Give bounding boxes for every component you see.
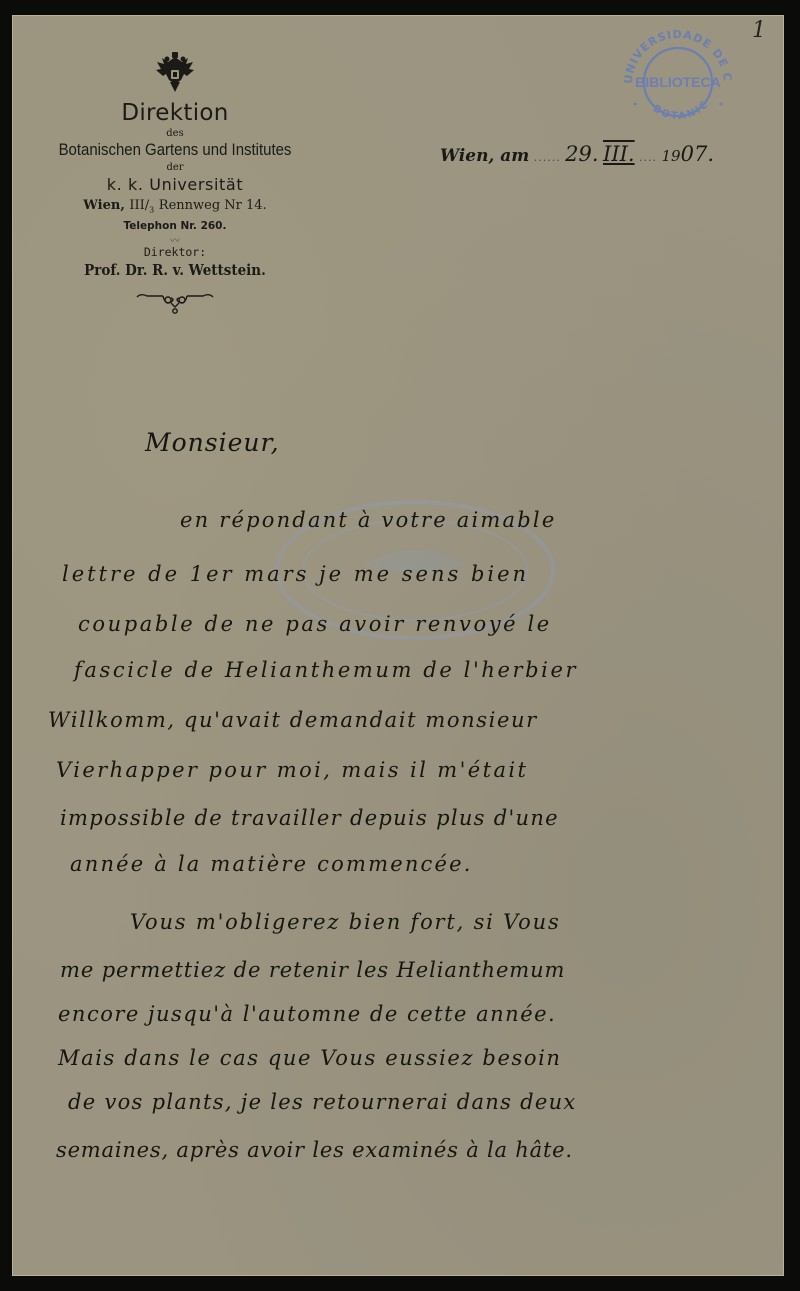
letter-line: me permettiez de retenir les Helianthemu… bbox=[60, 958, 565, 982]
letter-line: en répondant à votre aimable bbox=[180, 508, 556, 532]
salutation: Monsieur, bbox=[145, 428, 280, 457]
letter-line: coupable de ne pas avoir renvoyé le bbox=[78, 612, 552, 636]
letter-line: lettre de 1er mars je me sens bien bbox=[62, 562, 529, 586]
letter-line: impossible de travailler depuis plus d'u… bbox=[60, 806, 559, 830]
letter-line: Willkomm, qu'avait demandait monsieur bbox=[48, 708, 538, 732]
letter-line: semaines, après avoir les examinés à la … bbox=[56, 1138, 573, 1162]
letter-line: encore jusqu'à l'automne de cette année. bbox=[58, 1002, 556, 1026]
letter-body: Monsieur, en répondant à votre aimable l… bbox=[0, 0, 800, 1291]
letter-line: fascicle de Helianthemum de l'herbier bbox=[74, 658, 578, 682]
letter-line: Mais dans le cas que Vous eussiez besoin bbox=[58, 1046, 562, 1070]
letter-line: année à la matière commencée. bbox=[70, 852, 473, 876]
letter-line: de vos plants, je les retournerai dans d… bbox=[68, 1090, 577, 1114]
letter-line: Vous m'obligerez bien fort, si Vous bbox=[130, 910, 561, 934]
letter-line: Vierhapper pour moi, mais il m'était bbox=[56, 758, 528, 782]
